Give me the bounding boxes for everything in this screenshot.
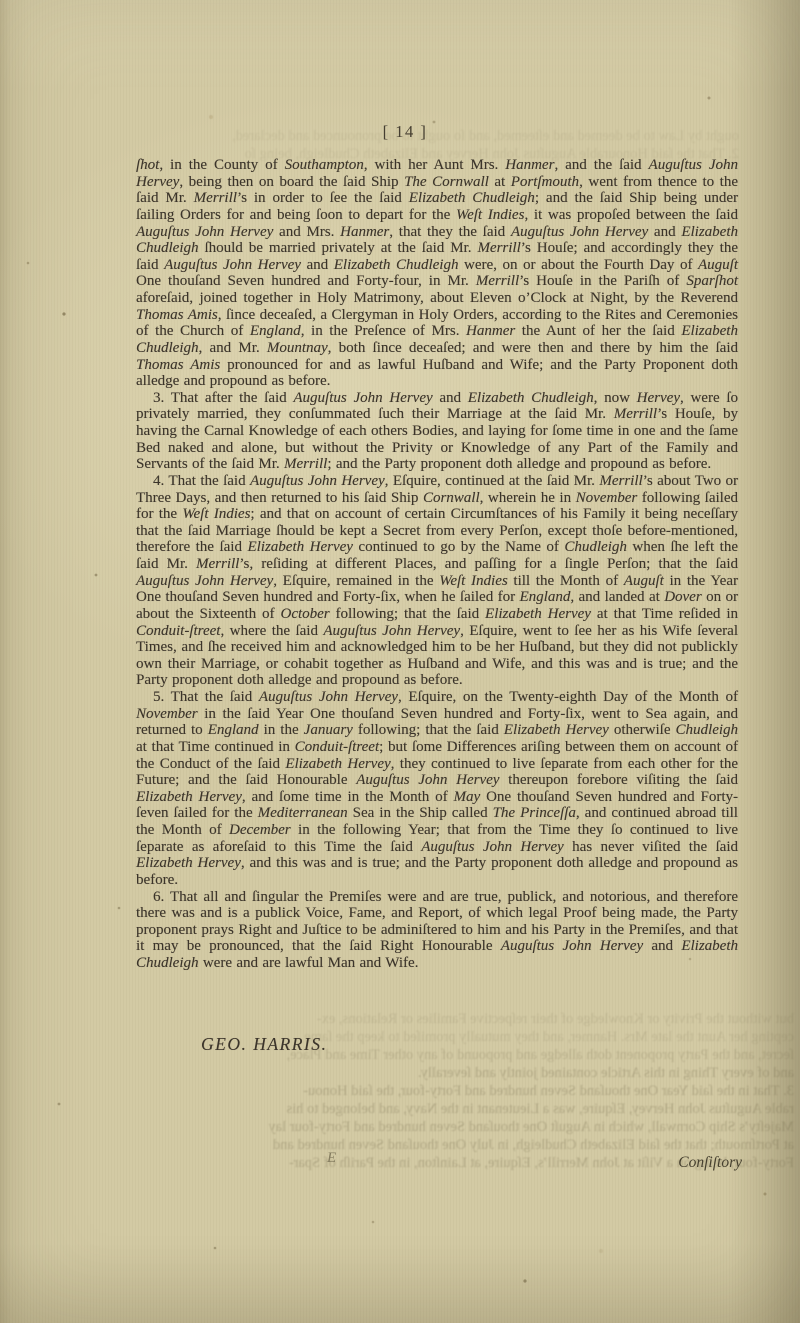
body-text-segment: , that they the ſaid xyxy=(389,224,511,240)
proper-name-text: Auguſtus John Hervey xyxy=(136,573,273,589)
body-text-segment: , Eſquire, continued at the ſaid Mr. xyxy=(385,473,600,489)
body-text-segment: ’s, reſiding at different Places, and pa… xyxy=(239,556,738,572)
body-text-segment: thereupon forebore viſiting the ſaid xyxy=(499,772,738,788)
proper-name-text: Auguſtus John Hervey xyxy=(259,689,398,705)
proper-name-text: Dover xyxy=(664,589,702,605)
body-text-segment: at that Time continued in xyxy=(136,739,295,755)
body-text-segment: otherwiſe xyxy=(609,722,676,738)
proper-name-text: Merrill xyxy=(194,190,237,206)
proper-name-text: Auguſtus John Hervey xyxy=(136,224,273,240)
proper-name-text: England xyxy=(250,323,301,339)
paragraph: 3. That after the ſaid Auguſtus John Her… xyxy=(136,390,738,473)
body-text-segment: ſhould be married privately at the ſaid … xyxy=(199,240,478,256)
body-text-segment: , and landed at xyxy=(570,589,664,605)
proper-name-text: Portſmouth xyxy=(511,174,579,190)
proper-name-text: May xyxy=(454,789,481,805)
scanned-page: ought by Law to be deemed and eſteemed, … xyxy=(0,0,800,1323)
proper-name-text: Sparſhot xyxy=(686,273,738,289)
body-text-segment: at that Time reſided in xyxy=(591,606,738,622)
proper-name-text: Elizabeth Hervey xyxy=(504,722,609,738)
proper-name-text: Auguſtus John Hervey xyxy=(250,473,385,489)
body-text-segment: till the Month of xyxy=(508,573,624,589)
body-text-segment: and xyxy=(301,257,334,273)
proper-name-text: ſhot xyxy=(136,157,159,173)
proper-name-text: Hervey xyxy=(637,390,680,406)
proper-name-text: England xyxy=(208,722,259,738)
bleedthrough-line: Majeſty’s Ship Cornwall, which in Auguſt… xyxy=(146,1118,794,1136)
proper-name-text: Mediterranean xyxy=(258,805,348,821)
proper-name-text: The Princeſſa xyxy=(493,805,576,821)
proper-name-text: Merrill xyxy=(284,456,327,472)
proper-name-text: Elizabeth Chudleigh xyxy=(468,390,594,406)
proper-name-text: Merrill xyxy=(477,240,520,256)
proper-name-text: Hanmer xyxy=(505,157,554,173)
proper-name-text: Chudleigh xyxy=(564,539,627,555)
body-text-segment: ; and the Party proponent doth alledge a… xyxy=(327,456,711,472)
proper-name-text: Mountnay xyxy=(267,340,328,356)
body-text-segment: 4. That the ſaid xyxy=(153,473,250,489)
body-text-segment: , Eſquire, on the Twenty-eighth Day of t… xyxy=(398,689,738,705)
proper-name-text: Elizabeth Hervey xyxy=(247,539,352,555)
proper-name-text: Auguſtus John Hervey xyxy=(511,224,648,240)
bleedthrough-line: at Portſmouth; that the ſaid Elizabeth C… xyxy=(146,1136,794,1154)
body-text-segment: ’s Houſe in the Pariſh of xyxy=(519,273,686,289)
body-text-segment: , and Mr. xyxy=(199,340,267,356)
proper-name-text: October xyxy=(280,606,329,622)
body-text-segment: at xyxy=(489,174,511,190)
proper-name-text: Merrill xyxy=(614,406,657,422)
body-text-segment: the Aunt of her the ſaid xyxy=(515,323,681,339)
proper-name-text: Weſt Indies xyxy=(456,207,524,223)
proper-name-text: Auguſtus John Hervey xyxy=(323,623,460,639)
body-text-segment: ’s in order to ſee the ſaid xyxy=(237,190,409,206)
bleedthrough-line: 3. That in the ſaid Year One thouſand Se… xyxy=(146,1082,794,1100)
proper-name-text: Elizabeth Chudleigh xyxy=(334,257,459,273)
signature-mark: E xyxy=(327,1150,336,1167)
proper-name-text: Cornwall xyxy=(423,490,480,506)
bleedthrough-line: rable Auguſtus John Hervey, Eſquire, was… xyxy=(146,1100,794,1118)
body-text-segment: and Mrs. xyxy=(273,224,340,240)
body-text-segment: , wherein he in xyxy=(480,490,576,506)
signature: GEO. HARRIS. xyxy=(201,1034,327,1055)
bleedthrough-line: ought by Law to be deemed and eſteemed, … xyxy=(135,128,739,146)
proper-name-text: Conduit-ſtreet xyxy=(295,739,379,755)
proper-name-text: Hanmer xyxy=(466,323,515,339)
paragraph: ſhot, in the County of Southampton, with… xyxy=(136,157,738,390)
proper-name-text: Merrill xyxy=(476,273,519,289)
body-text-segment: pronounced for and as lawful Huſband and… xyxy=(136,357,738,390)
proper-name-text: Elizabeth Hervey xyxy=(285,756,390,772)
proper-name-text: Chudleigh xyxy=(676,722,739,738)
body-text-segment: has never viſited the ſaid xyxy=(564,839,738,855)
proper-name-text: Elizabeth Hervey xyxy=(136,855,241,871)
proper-name-text: Auguſtus John Hervey xyxy=(356,772,499,788)
proper-name-text: Auguſt xyxy=(624,573,664,589)
body-text-segment: and xyxy=(643,938,681,954)
body-text-segment: aforeſaid, joined together in Holy Matri… xyxy=(136,290,738,306)
body-text-segment: were, on or about the Fourth Day of xyxy=(458,257,698,273)
proper-name-text: Auguſt xyxy=(698,257,738,273)
proper-name-text: Auguſtus John Hervey xyxy=(164,257,301,273)
body-text: ſhot, in the County of Southampton, with… xyxy=(136,157,738,972)
body-text-segment: 5. That the ſaid xyxy=(153,689,259,705)
body-text-segment: in the xyxy=(259,722,304,738)
proper-name-text: Thomas Amis xyxy=(136,357,220,373)
body-text-segment: , in the County of xyxy=(159,157,284,173)
body-text-segment: , now xyxy=(594,390,637,406)
proper-name-text: Auguſtus John Hervey xyxy=(421,839,564,855)
body-text-segment: following; that the ſaid xyxy=(330,606,485,622)
proper-name-text: January xyxy=(304,722,353,738)
body-text-segment: , and the ſaid xyxy=(554,157,648,173)
catchword: Conſiſtory xyxy=(678,1154,742,1172)
body-text-segment: and xyxy=(648,224,681,240)
proper-name-text: The Cornwall xyxy=(404,174,489,190)
paragraph: 5. That the ſaid Auguſtus John Hervey, E… xyxy=(136,689,738,889)
body-text-segment: , in the Preſence of Mrs. xyxy=(301,323,466,339)
proper-name-text: November xyxy=(576,490,638,506)
body-text-segment: continued to go by the Name of xyxy=(353,539,564,555)
proper-name-text: November xyxy=(136,706,198,722)
paper-speckles xyxy=(0,0,2,2)
proper-name-text: Southampton xyxy=(285,157,364,173)
proper-name-text: Conduit-ſtreet xyxy=(136,623,220,639)
body-text-segment: , with her Aunt Mrs. xyxy=(364,157,506,173)
proper-name-text: Merrill xyxy=(196,556,239,572)
body-text-segment: One thouſand Seven hundred and Forty-fou… xyxy=(136,273,476,289)
body-text-segment: , and ſome time in the Month of xyxy=(242,789,454,805)
body-text-segment: were and are lawful Man and Wife. xyxy=(199,955,419,971)
bleedthrough-line: and of every Thing in this Article conta… xyxy=(146,1064,794,1082)
proper-name-text: December xyxy=(229,822,291,838)
proper-name-text: Weſt Indies xyxy=(182,506,250,522)
body-text-segment: following; that the ſaid xyxy=(353,722,504,738)
proper-name-text: Merrill xyxy=(599,473,642,489)
body-text-segment: , being then on board the ſaid Ship xyxy=(179,174,404,190)
body-text-segment: , both ſince deceaſed; and were then and… xyxy=(328,340,738,356)
body-text-segment: , Eſquire, remained in the xyxy=(273,573,439,589)
bleedthrough-line: but without the Privity or Knowledge of … xyxy=(146,1010,794,1028)
proper-name-text: Elizabeth Chudleigh xyxy=(409,190,535,206)
proper-name-text: England xyxy=(520,589,571,605)
proper-name-text: Elizabeth Hervey xyxy=(136,789,242,805)
body-text-segment: , where the ſaid xyxy=(220,623,323,639)
proper-name-text: Auguſtus John Hervey xyxy=(501,938,643,954)
body-text-segment: and xyxy=(433,390,468,406)
proper-name-text: Elizabeth Hervey xyxy=(485,606,591,622)
body-text-segment: , it was propoſed between the ſaid xyxy=(524,207,738,223)
proper-name-text: Weſt Indies xyxy=(439,573,507,589)
proper-name-text: Hanmer xyxy=(340,224,389,240)
proper-name-text: Thomas Amis xyxy=(136,307,218,323)
paragraph: 6. That all and ſingular the Premiſes we… xyxy=(136,889,738,972)
proper-name-text: Auguſtus John Hervey xyxy=(293,390,432,406)
paragraph: 4. That the ſaid Auguſtus John Hervey, E… xyxy=(136,473,738,689)
body-text-segment: Sea in the Ship called xyxy=(348,805,493,821)
body-text-segment: 3. That after the ſaid xyxy=(153,390,293,406)
